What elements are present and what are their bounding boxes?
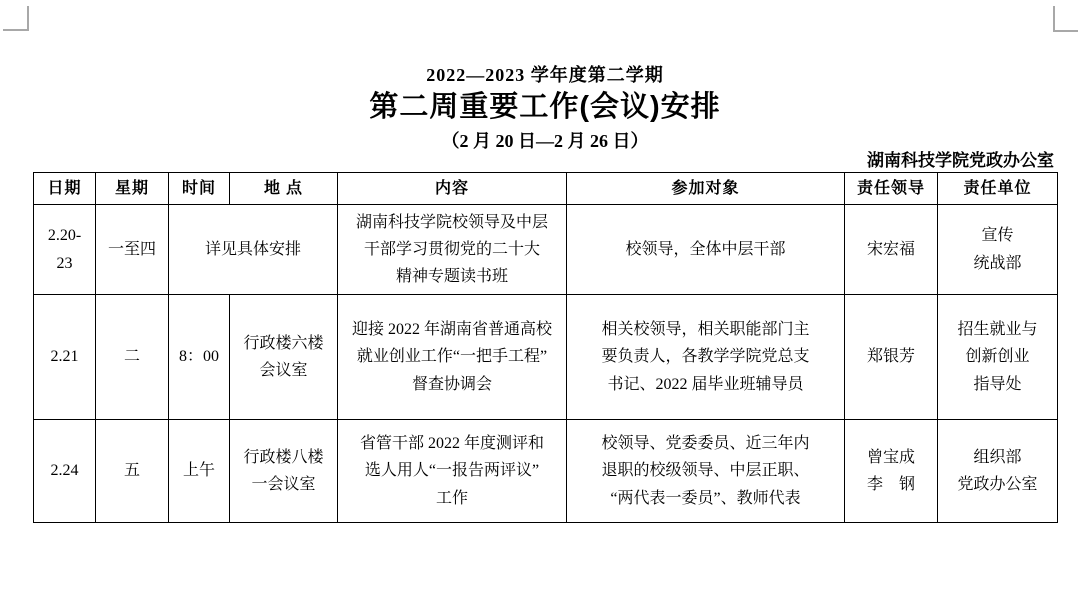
schedule-table: 日期 星期 时间 地 点 内容 参加对象 责任领导 责任单位 2.20- 23 … [33,172,1058,523]
cell-week: 二 [96,295,169,420]
cell-date: 2.20- 23 [34,205,96,295]
cell-time-place: 详见具体安排 [169,205,338,295]
cell-place: 行政楼六楼 会议室 [230,295,338,420]
cell-week: 一至四 [96,205,169,295]
page-title: 第二周重要工作(会议)安排 [0,84,1090,125]
header-time: 时间 [169,173,230,205]
crop-mark-top-right-vertical [1053,6,1055,32]
cell-unit: 招生就业与 创新创业 指导处 [938,295,1058,420]
crop-mark-top-left-vertical [27,6,29,31]
cell-date: 2.21 [34,295,96,420]
issuing-office: 湖南科技学院党政办公室 [867,146,1054,171]
table-row: 2.21 二 8：00 行政楼六楼 会议室 迎接 2022 年湖南省普通高校 就… [34,295,1058,420]
cell-participants: 校领导，全体中层干部 [567,205,845,295]
cell-participants: 相关校领导，相关职能部门主 要负责人，各教学学院党总支 书记、2022 届毕业班… [567,295,845,420]
cell-content: 迎接 2022 年湖南省普通高校 就业创业工作“一把手工程” 督查协调会 [338,295,567,420]
cell-date: 2.24 [34,420,96,523]
header-week: 星期 [96,173,169,205]
cell-leader: 宋宏福 [845,205,938,295]
crop-mark-top-right-horizontal [1054,30,1078,32]
header-participants: 参加对象 [567,173,845,205]
cell-unit: 组织部 党政办公室 [938,420,1058,523]
cell-leader: 郑银芳 [845,295,938,420]
header-row: 日期 星期 时间 地 点 内容 参加对象 责任领导 责任单位 [34,173,1058,205]
cell-week: 五 [96,420,169,523]
header-content: 内容 [338,173,567,205]
cell-content: 湖南科技学院校领导及中层 干部学习贯彻党的二十大 精神专题读书班 [338,205,567,295]
cell-place: 行政楼八楼 一会议室 [230,420,338,523]
cell-unit: 宣传 统战部 [938,205,1058,295]
table-row: 2.24 五 上午 行政楼八楼 一会议室 省管干部 2022 年度测评和 选人用… [34,420,1058,523]
crop-mark-top-left-horizontal [3,29,28,31]
header-date: 日期 [34,173,96,205]
document-page: 2022—2023 学年度第二学期 第二周重要工作(会议)安排 （2 月 20 … [0,0,1090,599]
table-row: 2.20- 23 一至四 详见具体安排 湖南科技学院校领导及中层 干部学习贯彻党… [34,205,1058,295]
cell-time: 8：00 [169,295,230,420]
cell-participants: 校领导、党委委员、近三年内 退职的校级领导、中层正职、 “两代表一委员”、教师代… [567,420,845,523]
cell-content: 省管干部 2022 年度测评和 选人用人“一报告两评议” 工作 [338,420,567,523]
cell-leader: 曾宝成 李 钢 [845,420,938,523]
header-unit: 责任单位 [938,173,1058,205]
header-leader: 责任领导 [845,173,938,205]
cell-time: 上午 [169,420,230,523]
header-place: 地 点 [230,173,338,205]
